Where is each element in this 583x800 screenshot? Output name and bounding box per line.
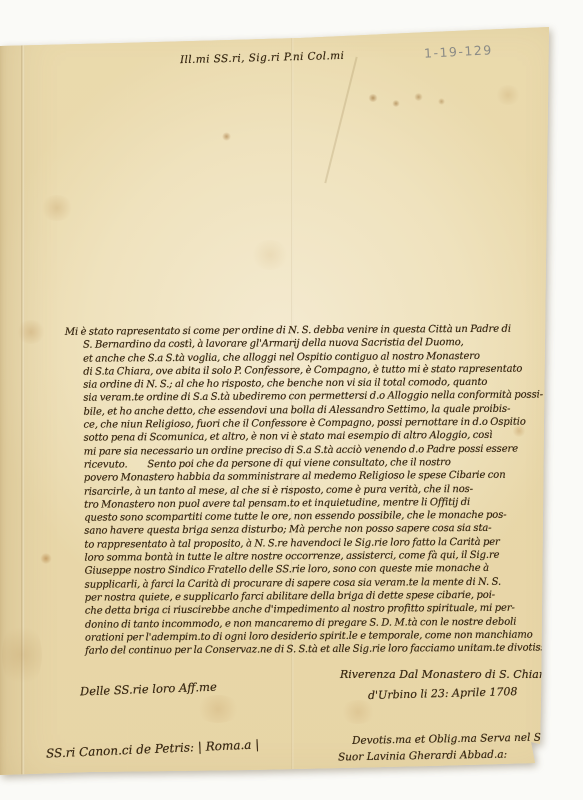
stain-spot (438, 98, 445, 105)
stain-spot (222, 132, 231, 141)
closing-left: Delle SS.rie loro Aff.me (80, 680, 217, 699)
paper-shadow: Ill.mi SS.ri, Sig.ri P.ni Col.mi 1-19-12… (0, 0, 583, 800)
archival-number: 1-19-129 (424, 42, 493, 61)
signature-line-2: Suor Lavinia Gherardi Abbad.a: (338, 749, 507, 764)
stain-spot (250, 240, 290, 270)
stain-spot (40, 553, 52, 564)
stain-spot (2, 620, 42, 690)
letter-body: Mi è stato rapresentato si come per ordi… (65, 322, 577, 658)
closing-place: Riverenza Dal Monastero di S. Chiara (340, 668, 551, 681)
stain-spot (16, 320, 46, 344)
scan-background: Ill.mi SS.ri, Sig.ri P.ni Col.mi 1-19-12… (0, 0, 583, 800)
stain-spot (340, 700, 376, 724)
address-line: SS.ri Canon.ci de Petris: | Roma.a | (46, 737, 260, 760)
closing-date: d'Urbino li 23: Aprile 1708 (368, 685, 518, 702)
stain-spot (495, 85, 521, 105)
fold-crease-left (21, 40, 25, 780)
stain-spot (392, 100, 400, 107)
stain-spot (40, 195, 74, 221)
stain-spot (414, 93, 423, 101)
fold-crease-diagonal (324, 57, 357, 184)
letter-sheet: Ill.mi SS.ri, Sig.ri P.ni Col.mi 1-19-12… (0, 0, 583, 800)
signature-line-1: Devotis.ma et Oblig.ma Serva nel Sig.re (352, 731, 566, 747)
stain-spot (368, 94, 378, 102)
stain-spot (195, 695, 241, 723)
salutation: Ill.mi SS.ri, Sig.ri P.ni Col.mi (180, 50, 345, 66)
